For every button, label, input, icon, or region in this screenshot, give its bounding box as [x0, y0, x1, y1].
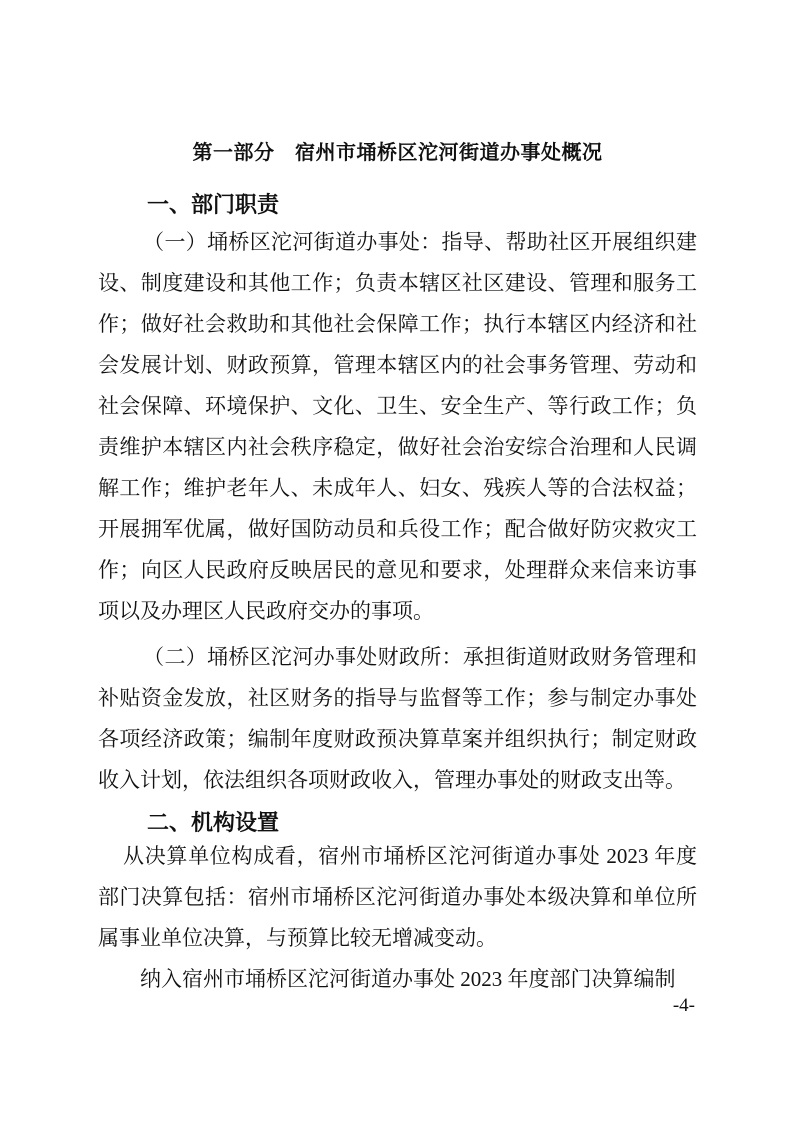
section-heading-organization-setup: 二、机构设置: [98, 808, 697, 838]
page-content: 第一部分 宿州市埇桥区沱河街道办事处概况 一、部门职责 （一）埇桥区沱河街道办事…: [98, 0, 697, 1000]
document-title: 第一部分 宿州市埇桥区沱河街道办事处概况: [98, 138, 697, 168]
paragraph-organization-2: 纳入宿州市埇桥区沱河街道办事处 2023 年度部门决算编制: [98, 959, 697, 1000]
paragraph-duties-item-2: （二）埇桥区沱河办事处财政所：承担街道财政财务管理和补贴资金发放，社区财务的指导…: [98, 637, 697, 801]
document-page: 第一部分 宿州市埇桥区沱河街道办事处概况 一、部门职责 （一）埇桥区沱河街道办事…: [0, 0, 793, 1122]
section-heading-department-duties: 一、部门职责: [98, 190, 697, 220]
paragraph-duties-item-1: （一）埇桥区沱河街道办事处：指导、帮助社区开展组织建设、制度建设和其他工作；负责…: [98, 222, 697, 632]
paragraph-organization-1: 从决算单位构成看，宿州市埇桥区沱河街道办事处 2023 年度部门决算包括：宿州市…: [98, 836, 697, 959]
page-number: -4-: [673, 996, 695, 1016]
